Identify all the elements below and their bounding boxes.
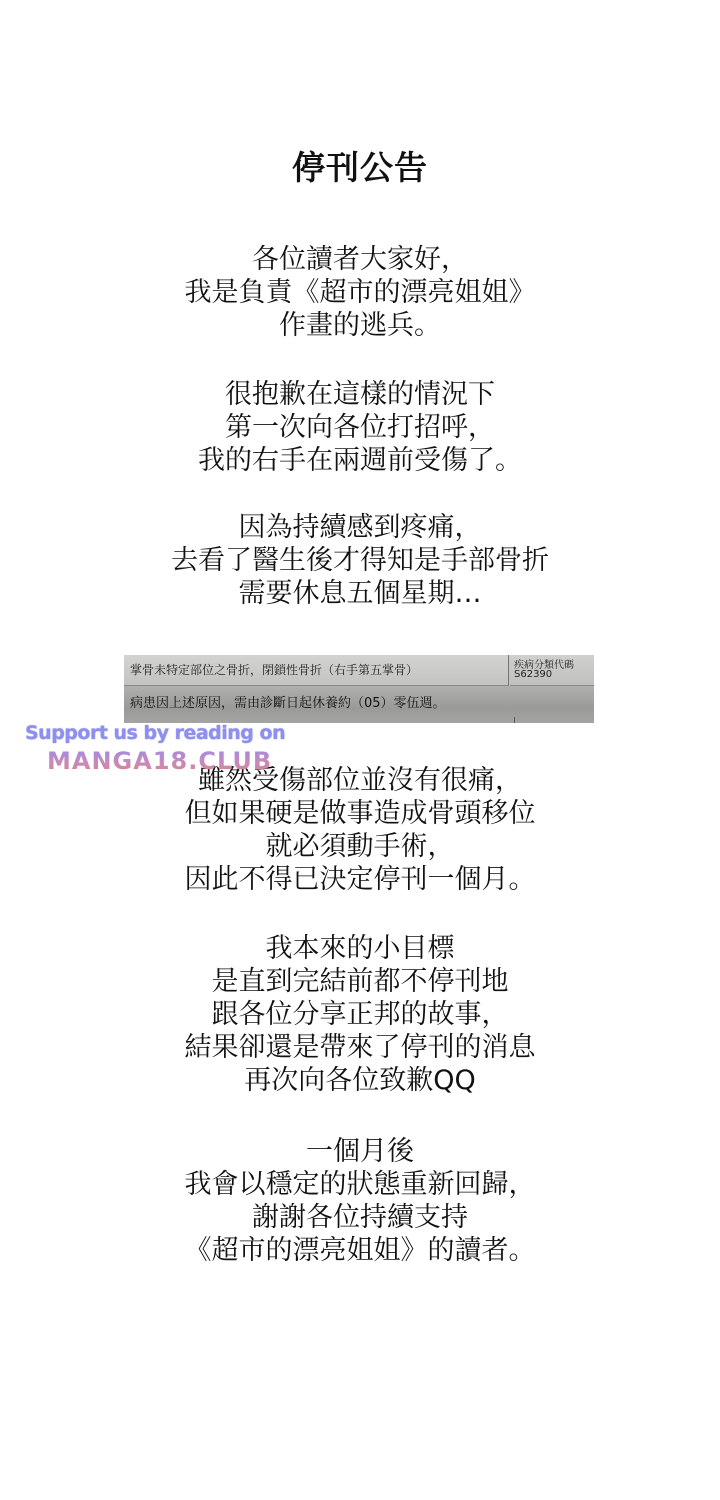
table-divider bbox=[514, 717, 515, 723]
watermark-line2: MANGA18.CLUB bbox=[25, 746, 275, 776]
text-line: 再次向各位致歉QQ bbox=[0, 1064, 720, 1097]
watermark-line1: Support us by reading on bbox=[25, 720, 275, 746]
watermark: Support us by reading on MANGA18.CLUB bbox=[25, 720, 275, 776]
paragraph-apology: 我本來的小目標 是直到完結前都不停刊地 跟各位分享正邦的故事， 結果卻還是帶來了… bbox=[0, 932, 720, 1097]
text-line: 因為持續感到疼痛， bbox=[0, 511, 720, 544]
paragraph-injury: 很抱歉在這樣的情況下 第一次向各位打招呼， 我的右手在兩週前受傷了。 bbox=[0, 378, 720, 477]
text-line: 我是負責《超市的漂亮姐姐》 bbox=[0, 276, 720, 309]
paragraph-return: 一個月後 我會以穩定的狀態重新回歸， 謝謝各位持續支持 《超市的漂亮姐姐》的讀者… bbox=[0, 1135, 720, 1267]
text-line: 跟各位分享正邦的故事， bbox=[0, 998, 720, 1031]
code-cell: 疾病分類代碼 S62390 bbox=[510, 655, 594, 686]
text-line: 我會以穩定的狀態重新回歸， bbox=[0, 1168, 720, 1201]
code-value: S62390 bbox=[514, 669, 552, 680]
text-line: 一個月後 bbox=[0, 1135, 720, 1168]
text-line: 《超市的漂亮姐姐》的讀者。 bbox=[0, 1234, 720, 1267]
diagnosis-text: 掌骨未特定部位之骨折，閉鎖性骨折（右手第五掌骨） bbox=[130, 661, 418, 678]
text-line: 去看了醫生後才得知是手部骨折 bbox=[0, 544, 720, 577]
text-line: 但如果硬是做事造成骨頭移位 bbox=[0, 797, 720, 830]
text-line: 第一次向各位打招呼， bbox=[0, 411, 720, 444]
text-line: 是直到完結前都不停刊地 bbox=[0, 965, 720, 998]
text-line: 作畫的逃兵。 bbox=[0, 309, 720, 342]
text-line: 就必須動手術， bbox=[0, 830, 720, 863]
page-title: 停刊公告 bbox=[0, 146, 720, 190]
medical-certificate-photo: 掌骨未特定部位之骨折，閉鎖性骨折（右手第五掌骨） 疾病分類代碼 S62390 病… bbox=[124, 655, 594, 723]
rest-note-text: 病患因上述原因，需由診斷日起休養約（05）零伍週。 bbox=[130, 692, 446, 711]
text-line: 結果卻還是帶來了停刊的消息 bbox=[0, 1031, 720, 1064]
diagnosis-cell: 掌骨未特定部位之骨折，閉鎖性骨折（右手第五掌骨） bbox=[124, 655, 509, 686]
rest-note-cell: 病患因上述原因，需由診斷日起休養約（05）零伍週。 bbox=[124, 686, 594, 723]
text-line: 我本來的小目標 bbox=[0, 932, 720, 965]
text-line: 我的右手在兩週前受傷了。 bbox=[0, 444, 720, 477]
paragraph-surgery: 雖然受傷部位並沒有很痛， 但如果硬是做事造成骨頭移位 就必須動手術， 因此不得已… bbox=[0, 764, 720, 896]
text-line: 需要休息五個星期… bbox=[0, 577, 720, 610]
paragraph-diagnosis: 因為持續感到疼痛， 去看了醫生後才得知是手部骨折 需要休息五個星期… bbox=[0, 511, 720, 610]
text-line: 各位讀者大家好， bbox=[0, 243, 720, 276]
text-line: 很抱歉在這樣的情況下 bbox=[0, 378, 720, 411]
text-line: 謝謝各位持續支持 bbox=[0, 1201, 720, 1234]
text-line: 因此不得已決定停刊一個月。 bbox=[0, 863, 720, 896]
paragraph-greeting: 各位讀者大家好， 我是負責《超市的漂亮姐姐》 作畫的逃兵。 bbox=[0, 243, 720, 342]
